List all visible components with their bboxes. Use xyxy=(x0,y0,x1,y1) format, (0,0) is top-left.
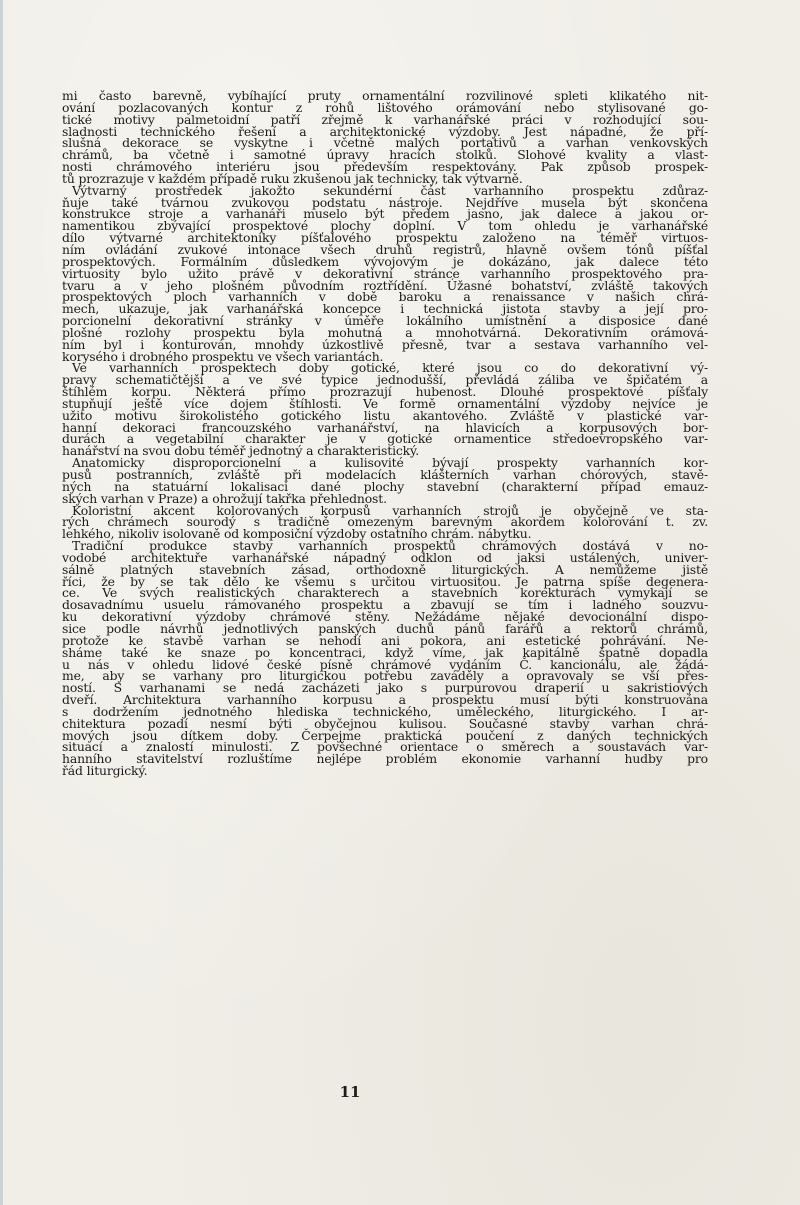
paragraph: Anatomicky disproporcionelní a kulisovit… xyxy=(62,457,708,504)
paragraph: Ve varhanních prospektech doby gotické, … xyxy=(62,362,708,457)
page-number-label: 11 xyxy=(340,1083,361,1101)
paragraph: Koloristní akcent kolorovaných korpusů v… xyxy=(62,505,708,541)
text-line: hanního stavitelství rozluštíme nejlépe … xyxy=(62,753,708,765)
paragraph: mi často barevně, vybíhající pruty ornam… xyxy=(62,90,708,185)
paragraph: Tradiční produkce stavby varhanních pros… xyxy=(62,540,708,777)
text-line: řád liturgický. xyxy=(62,765,708,777)
body-text: mi často barevně, vybíhající pruty ornam… xyxy=(62,90,708,777)
book-page: mi často barevně, vybíhající pruty ornam… xyxy=(0,0,800,1205)
paragraph: Výtvarný prostředek jakožto sekundérní č… xyxy=(62,185,708,363)
page-number: 11 xyxy=(0,1083,700,1101)
scan-edge xyxy=(0,0,3,1205)
